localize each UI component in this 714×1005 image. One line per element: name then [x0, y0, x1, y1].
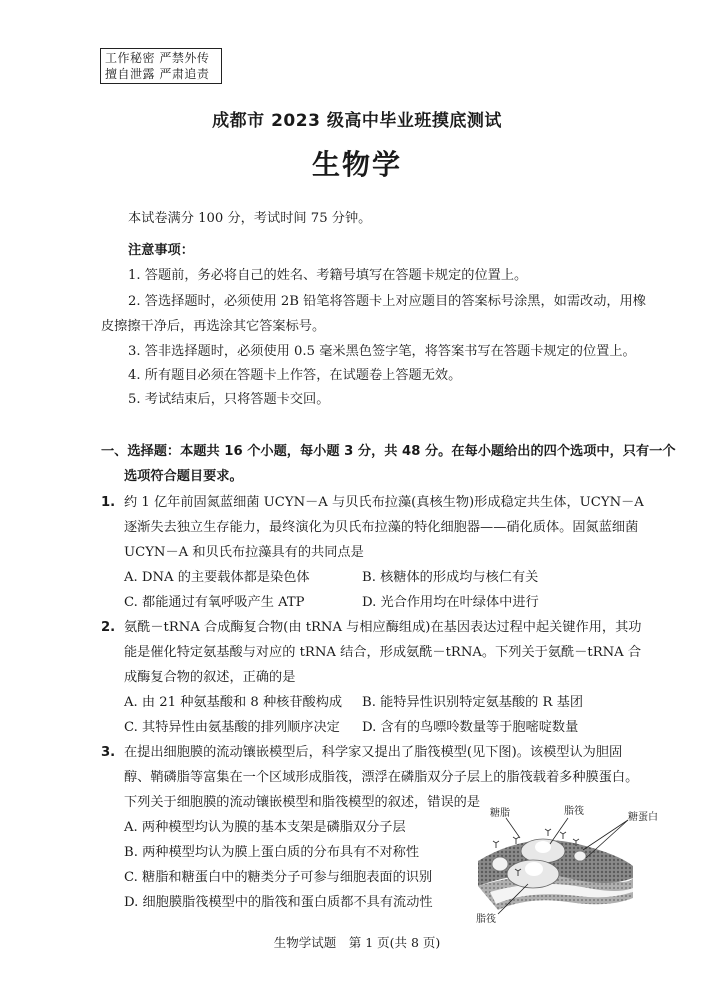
- intro-text: 本试卷满分 100 分，考试时间 75 分钟。: [128, 210, 371, 228]
- option-d: D. 含有的鸟嘌呤数量等于胞嘧啶数量: [362, 719, 578, 737]
- option-d: D. 细胞膜脂筏模型中的脂筏和蛋白质都不具有流动性: [124, 894, 433, 912]
- confidential-stamp: 工作秘密 严禁外传 擅自泄露 严肃追责: [100, 48, 222, 84]
- option-a: A. 由 21 种氨基酸和 8 种核苷酸构成: [124, 694, 342, 712]
- lipid-raft-diagram: 糖脂 脂筏 糖蛋白 脂筏: [468, 806, 678, 926]
- question-stem: 约 1 亿年前固氮蓝细菌 UCYN－A 与贝氏布拉藻(真核生物)形成稳定共生体，…: [124, 494, 644, 512]
- option-b: B. 核糖体的形成均与核仁有关: [362, 569, 538, 587]
- label-lipid-raft: 脂筏: [564, 802, 584, 817]
- question-stem: UCYN－A 和贝氏布拉藻具有的共同点是: [124, 544, 364, 562]
- section-heading-cont: 选项符合题目要求。: [124, 468, 243, 486]
- note-item: 1. 答题前，务必将自己的姓名、考籍号填写在答题卡规定的位置上。: [128, 267, 527, 285]
- option-c: C. 糖脂和糖蛋白中的糖类分子可参与细胞表面的识别: [124, 869, 432, 887]
- question-stem: 在提出细胞膜的流动镶嵌模型后，科学家又提出了脂筏模型(见下图)。该模型认为胆固: [124, 744, 622, 762]
- question-number: 1.: [101, 494, 115, 512]
- label-glycoprotein: 糖蛋白: [628, 808, 658, 823]
- stamp-line-2: 擅自泄露 严肃追责: [105, 66, 217, 82]
- label-lipid-raft-bottom: 脂筏: [476, 910, 496, 925]
- question-stem: 能是催化特定氨基酸与对应的 tRNA 结合，形成氨酰－tRNA。下列关于氨酰－t…: [124, 644, 641, 662]
- question-stem: 下列关于细胞膜的流动镶嵌模型和脂筏模型的叙述，错误的是: [124, 794, 480, 812]
- note-item: 4. 所有题目必须在答题卡上作答，在试题卷上答题无效。: [128, 367, 461, 385]
- question-stem: 氨酰－tRNA 合成酶复合物(由 tRNA 与相应酶组成)在基因表达过程中起关键…: [124, 619, 641, 637]
- option-c: C. 其特异性由氨基酸的排列顺序决定: [124, 719, 340, 737]
- note-item: 3. 答非选择题时，必须使用 0.5 毫米黑色签字笔，将答案书写在答题卡规定的位…: [128, 343, 636, 361]
- membrane-illustration-icon: [468, 806, 678, 926]
- question-stem: 成酶复合物的叙述，正确的是: [124, 669, 295, 687]
- note-item: 2. 答选择题时，必须使用 2B 铅笔将答题卡上对应题目的答案标号涂黑，如需改动…: [128, 293, 646, 311]
- notes-heading: 注意事项：: [128, 242, 194, 260]
- stamp-line-1: 工作秘密 严禁外传: [105, 50, 217, 66]
- note-item: 皮擦擦干净后，再选涂其它答案标号。: [101, 318, 325, 336]
- option-c: C. 都能通过有氧呼吸产生 ATP: [124, 594, 305, 612]
- section-heading: 一、选择题：本题共 16 个小题，每小题 3 分，共 48 分。在每小题给出的四…: [101, 443, 676, 461]
- subject-title: 生物学: [0, 143, 714, 183]
- option-a: A. 两种模型均认为膜的基本支架是磷脂双分子层: [124, 819, 406, 837]
- option-b: B. 能特异性识别特定氨基酸的 R 基团: [362, 694, 583, 712]
- option-d: D. 光合作用均在叶绿体中进行: [362, 594, 539, 612]
- page-footer: 生物学试题 第 1 页(共 8 页): [0, 933, 714, 951]
- option-b: B. 两种模型均认为膜上蛋白质的分布具有不对称性: [124, 844, 419, 862]
- question-stem: 逐渐失去独立生存能力，最终演化为贝氏布拉藻的特化细胞器——硝化质体。固氮蓝细菌: [124, 519, 638, 537]
- label-glycolipid: 糖脂: [490, 804, 510, 819]
- note-item: 5. 考试结束后，只将答题卡交回。: [128, 391, 329, 409]
- exam-title: 成都市 2023 级高中毕业班摸底测试: [0, 106, 714, 131]
- question-number: 2.: [101, 619, 115, 637]
- question-number: 3.: [101, 744, 115, 762]
- question-stem: 醇、鞘磷脂等富集在一个区域形成脂筏，漂浮在磷脂双分子层上的脂筏载着多种膜蛋白。: [124, 769, 638, 787]
- option-a: A. DNA 的主要载体都是染色体: [124, 569, 310, 587]
